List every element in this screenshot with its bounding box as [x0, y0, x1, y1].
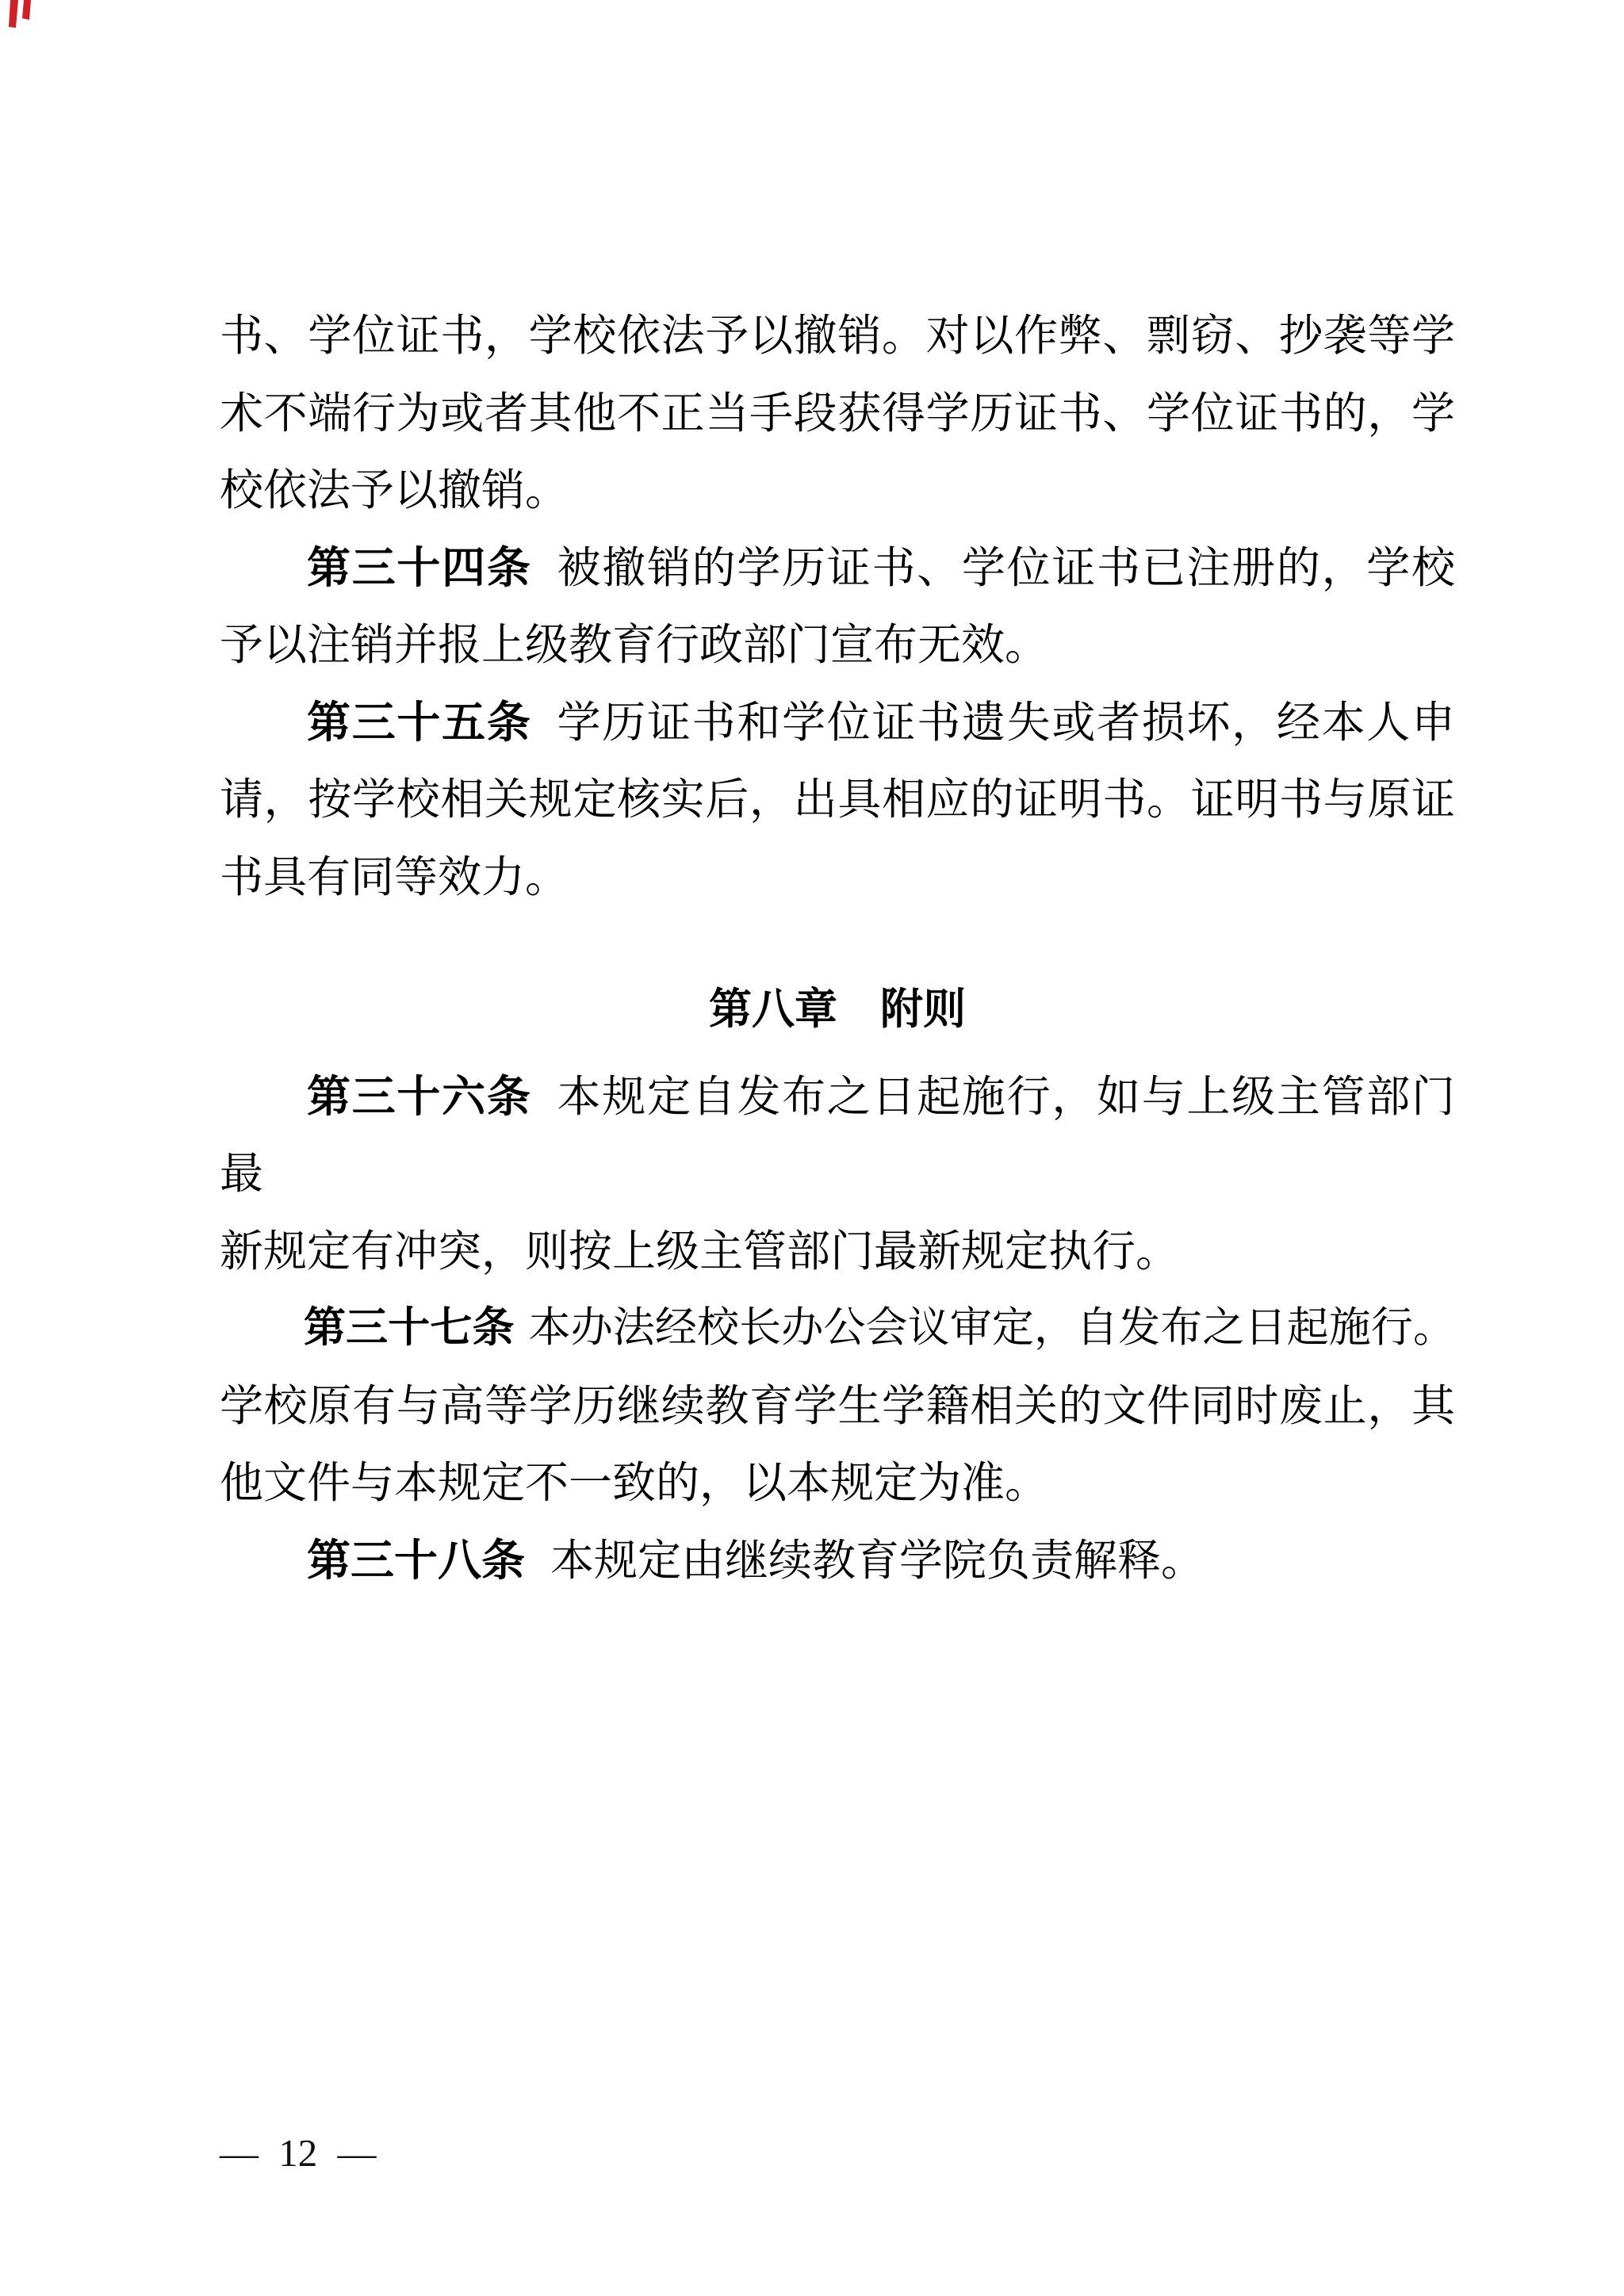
red-ink-mark [3, 0, 38, 32]
article-text: 被撤销的学历证书、学位证书已注册的，学校 [557, 544, 1455, 592]
body-line: 书具有同等效力。 [220, 839, 1455, 916]
body-line: 予以注销并报上级教育行政部门宣布无效。 [220, 607, 1455, 684]
article-number: 第三十四条 [307, 544, 532, 592]
article-number: 第三十五条 [307, 698, 532, 747]
article-text: 学历证书和学位证书遗失或者损坏，经本人申 [557, 698, 1455, 747]
article-text: 本办法经校长办公会议审定，自发布之日起施行。 [529, 1305, 1455, 1351]
body-line: 请，按学校相关规定核实后，出具相应的证明书。证明书与原证 [220, 761, 1455, 839]
page-number-footer: — 12 — [220, 2133, 377, 2174]
document-body: 书、学位证书，学校依法予以撤销。对以作弊、剽窃、抄袭等学 术不端行为或者其他不正… [220, 297, 1455, 1599]
body-line: 第三十四条被撤销的学历证书、学位证书已注册的，学校 [220, 530, 1455, 607]
body-line: 学校原有与高等学历继续教育学生学籍相关的文件同时废止，其 [220, 1368, 1455, 1445]
page-number: — 12 — [220, 2131, 377, 2175]
body-line: 书、学位证书，学校依法予以撤销。对以作弊、剽窃、抄袭等学 [220, 297, 1455, 375]
article-text: 本规定由继续教育学院负责解释。 [550, 1536, 1205, 1585]
body-line: 术不端行为或者其他不正当手段获得学历证书、学位证书的，学 [220, 375, 1455, 453]
article-number: 第三十七条 [304, 1305, 515, 1351]
body-line: 第三十八条本规定由继续教育学院负责解释。 [220, 1522, 1455, 1600]
body-line: 校依法予以撤销。 [220, 452, 1455, 530]
body-line: 新规定有冲突，则按上级主管部门最新规定执行。 [220, 1213, 1455, 1291]
article-number: 第三十六条 [307, 1073, 532, 1121]
chapter-title: 附则 [880, 985, 966, 1033]
document-page: 书、学位证书，学校依法予以撤销。对以作弊、剽窃、抄袭等学 术不端行为或者其他不正… [0, 0, 1624, 2296]
body-line: 第三十五条学历证书和学位证书遗失或者损坏，经本人申 [220, 684, 1455, 762]
article-number: 第三十八条 [307, 1536, 525, 1585]
chapter-number: 第八章 [709, 985, 837, 1033]
chapter-heading: 第八章附则 [220, 971, 1455, 1049]
body-line: 他文件与本规定不一致的，以本规定为准。 [220, 1445, 1455, 1522]
body-line: 第三十七条本办法经校长办公会议审定，自发布之日起施行。 [220, 1290, 1455, 1368]
body-line: 第三十六条本规定自发布之日起施行，如与上级主管部门最 [220, 1058, 1455, 1213]
